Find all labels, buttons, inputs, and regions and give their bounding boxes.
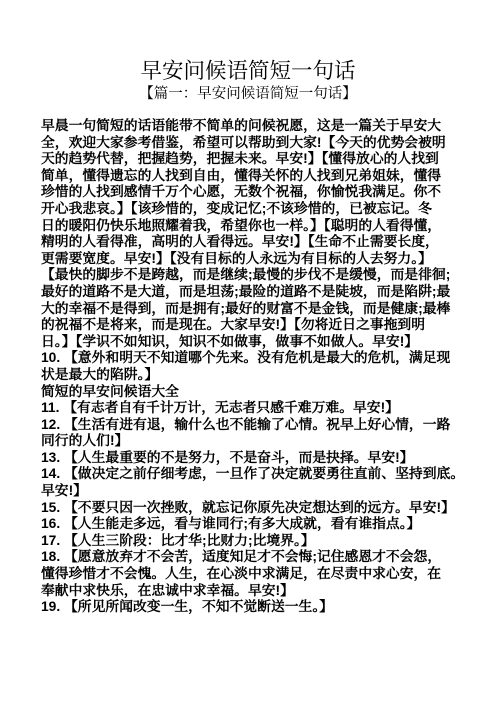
document-body: 早晨一句简短的话语能带不简单的问候祝愿，这是一篇关于早安大全，欢迎大家参考借鉴，… bbox=[41, 118, 458, 616]
body-text-line: 精明的人看得准，高明的人看得远。早安!】【生命不止需要长度， bbox=[41, 234, 458, 251]
body-text-line: 18. 【愿意放弃才不会苦，适度知足才不会悔;记住感恩才不会怨， bbox=[41, 549, 458, 566]
body-text-line: 14. 【做决定之前仔细考虑，一旦作了决定就要勇往直前、坚持到底。 bbox=[41, 466, 458, 483]
body-text-line: 12. 【生活有进有退，输什么也不能输了心情。祝早上好心情，一路 bbox=[41, 417, 458, 434]
body-text-line: 日的暖阳仍快乐地照耀着我，希望你也一样。】【聪明的人看得懂， bbox=[41, 218, 458, 235]
body-text-line: 19. 【所见所闻改变一生，不知不觉断送一生。】 bbox=[41, 599, 458, 616]
body-text-line: 同行的人们!】 bbox=[41, 433, 458, 450]
body-text-line: 日。】【学识不如知识，知识不如做事，做事不如做人。早安!】 bbox=[41, 334, 458, 351]
body-text-line: 早晨一句简短的话语能带不简单的问候祝愿，这是一篇关于早安大 bbox=[41, 118, 458, 135]
body-text-line: 16. 【人生能走多远，看与谁同行;有多大成就，看有谁指点。】 bbox=[41, 516, 458, 533]
body-text-line: 11. 【有志者自有千计万计，无志者只感千难万难。早安!】 bbox=[41, 400, 458, 417]
body-text-line: 早安!】 bbox=[41, 483, 458, 500]
body-text-line: 懂得珍惜才不会愧。人生，在心淡中求满足，在尽责中求心安，在 bbox=[41, 566, 458, 583]
body-text-line: 10. 【意外和明天不知道哪个先来。没有危机是最大的危机，满足现 bbox=[41, 350, 458, 367]
body-text-line: 全，欢迎大家参考借鉴，希望可以帮助到大家!【今天的优势会被明 bbox=[41, 135, 458, 152]
body-text-line: 简单，懂得遗忘的人找到自由，懂得关怀的人找到兄弟姐妹，懂得 bbox=[41, 168, 458, 185]
body-text-line: 天的趋势代替，把握趋势，把握未来。早安!】【懂得放心的人找到 bbox=[41, 151, 458, 168]
body-text-line: 大的幸福不是得到，而是拥有;最好的财富不是金钱，而是健康;最棒 bbox=[41, 301, 458, 318]
body-text-line: 更需要宽度。早安!】【没有目标的人永远为有目标的人去努力。】 bbox=[41, 251, 458, 268]
body-text-line: 【最快的脚步不是跨越，而是继续;最慢的步伐不是缓慢，而是徘徊; bbox=[41, 267, 458, 284]
body-text-line: 17. 【人生三阶段：比才华;比财力;比境界。】 bbox=[41, 533, 458, 550]
body-text-line: 开心我悲哀。】【该珍惜的，变成记忆;不该珍惜的，已被忘记。冬 bbox=[41, 201, 458, 218]
body-text-line: 13. 【人生最重要的不是努力，不是奋斗，而是抉择。早安!】 bbox=[41, 450, 458, 467]
body-text-line: 最好的道路不是大道，而是坦荡;最险的道路不是陡坡，而是陷阱;最 bbox=[41, 284, 458, 301]
body-text-line: 的祝福不是将来，而是现在。大家早安!】【勿将近日之事拖到明 bbox=[41, 317, 458, 334]
body-text-line: 奉献中求快乐，在忠诚中求幸福。早安!】 bbox=[41, 583, 458, 600]
document-page: 早安问候语简短一句话 【篇一：早安问候语简短一句话】 早晨一句简短的话语能带不简… bbox=[0, 0, 496, 702]
body-text-line: 状是最大的陷阱。】 bbox=[41, 367, 458, 384]
section-heading: 【篇一：早安问候语简短一句话】 bbox=[0, 84, 496, 104]
body-text-line: 15. 【不要只因一次挫败，就忘记你原先决定想达到的远方。早安!】 bbox=[41, 500, 458, 517]
document-title: 早安问候语简短一句话 bbox=[0, 0, 496, 84]
body-text-line: 珍惜的人找到感情千万个心愿，无数个祝福，你愉悦我满足。你不 bbox=[41, 184, 458, 201]
body-text-line: 简短的早安问候语大全 bbox=[41, 384, 458, 401]
